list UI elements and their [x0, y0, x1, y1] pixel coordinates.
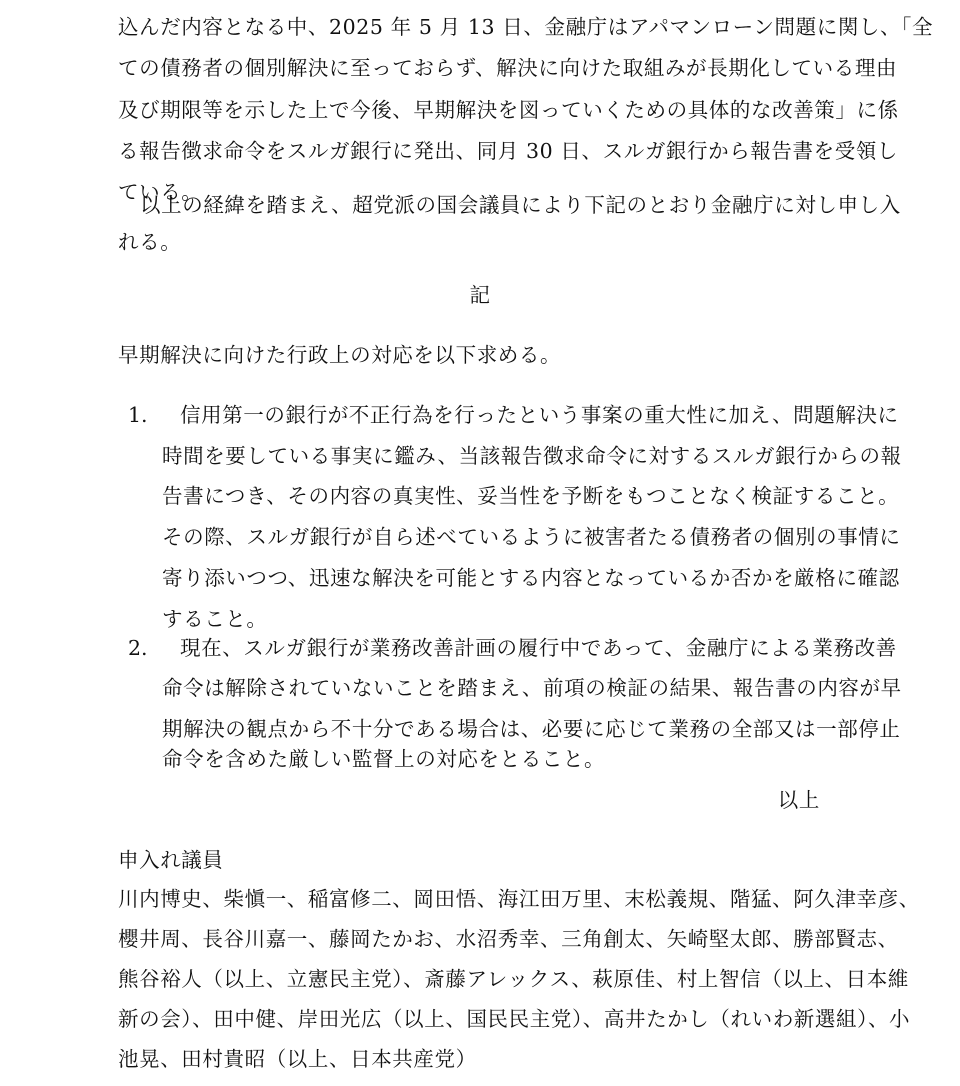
closing-ijo: 以上 [778, 788, 820, 812]
item-1-line-6: すること。 [162, 607, 838, 631]
item-1-line-3: 告書につき、その内容の真実性、妥当性を予断をもつことなく検証すること。 [162, 484, 838, 508]
item-1-number: 1. [128, 403, 148, 427]
members-line-2: 櫻井周、長谷川嘉一、藤岡たかお、水沼秀幸、三角創太、矢崎堅太郎、勝部賢志、 [118, 927, 838, 951]
item-1-line-2: 時間を要している事実に鑑み、当該報告徴求命令に対するスルガ銀行からの報 [162, 444, 838, 468]
item-2-line-4: 命令を含めた厳しい監督上の対応をとること。 [162, 747, 838, 771]
context-line-1: 以上の経緯を踏まえ、超党派の国会議員により下記のとおり金融庁に対し申し入 [140, 193, 860, 217]
context-line-2: れる。 [118, 230, 838, 254]
members-line-5: 池晃、田村貴昭（以上、日本共産党） [118, 1047, 838, 1071]
request-intro: 早期解決に向けた行政上の対応を以下求める。 [118, 343, 838, 367]
item-1-line-5: 寄り添いつつ、迅速な解決を可能とする内容となっているか否かを厳格に確認 [162, 566, 838, 590]
item-1-line-1: 信用第一の銀行が不正行為を行ったという事案の重大性に加え、問題解決に [180, 403, 900, 427]
members-line-1: 川内博史、柴愼一、稲富修二、岡田悟、海江田万里、末松義規、階猛、阿久津幸彦、 [118, 887, 838, 911]
item-2-line-3: 期解決の観点から不十分である場合は、必要に応じて業務の全部又は一部停止 [162, 717, 838, 741]
document-page: 込んだ内容となる中、2025 年 5 月 13 日、金融庁はアパマンローン問題に… [0, 0, 960, 1086]
intro-line-1: 込んだ内容となる中、2025 年 5 月 13 日、金融庁はアパマンローン問題に… [118, 15, 838, 39]
item-1-line-4: その際、スルガ銀行が自ら述べているように被害者たる債務者の個別の事情に [162, 525, 838, 549]
intro-line-2: ての債務者の個別解決に至っておらず、解決に向けた取組みが長期化している理由 [118, 56, 838, 80]
members-line-3: 熊谷裕人（以上、立憲民主党）、斎藤アレックス、萩原佳、村上智信（以上、日本維 [118, 967, 838, 991]
item-2-number: 2. [128, 636, 148, 660]
intro-line-3: 及び期限等を示した上で今後、早期解決を図っていくための具体的な改善策」に係 [118, 98, 838, 122]
members-line-4: 新の会）、田中健、岸田光広（以上、国民民主党）、高井たかし（れいわ新選組）、小 [118, 1007, 838, 1031]
ki-heading: 記 [0, 283, 960, 307]
item-2-line-2: 命令は解除されていないことを踏まえ、前項の検証の結果、報告書の内容が早 [162, 676, 838, 700]
item-2-line-1: 現在、スルガ銀行が業務改善計画の履行中であって、金融庁による業務改善 [180, 636, 900, 660]
intro-line-4: る報告徴求命令をスルガ銀行に発出、同月 30 日、スルガ銀行から報告書を受領し [118, 139, 838, 163]
members-heading: 申入れ議員 [118, 848, 838, 872]
